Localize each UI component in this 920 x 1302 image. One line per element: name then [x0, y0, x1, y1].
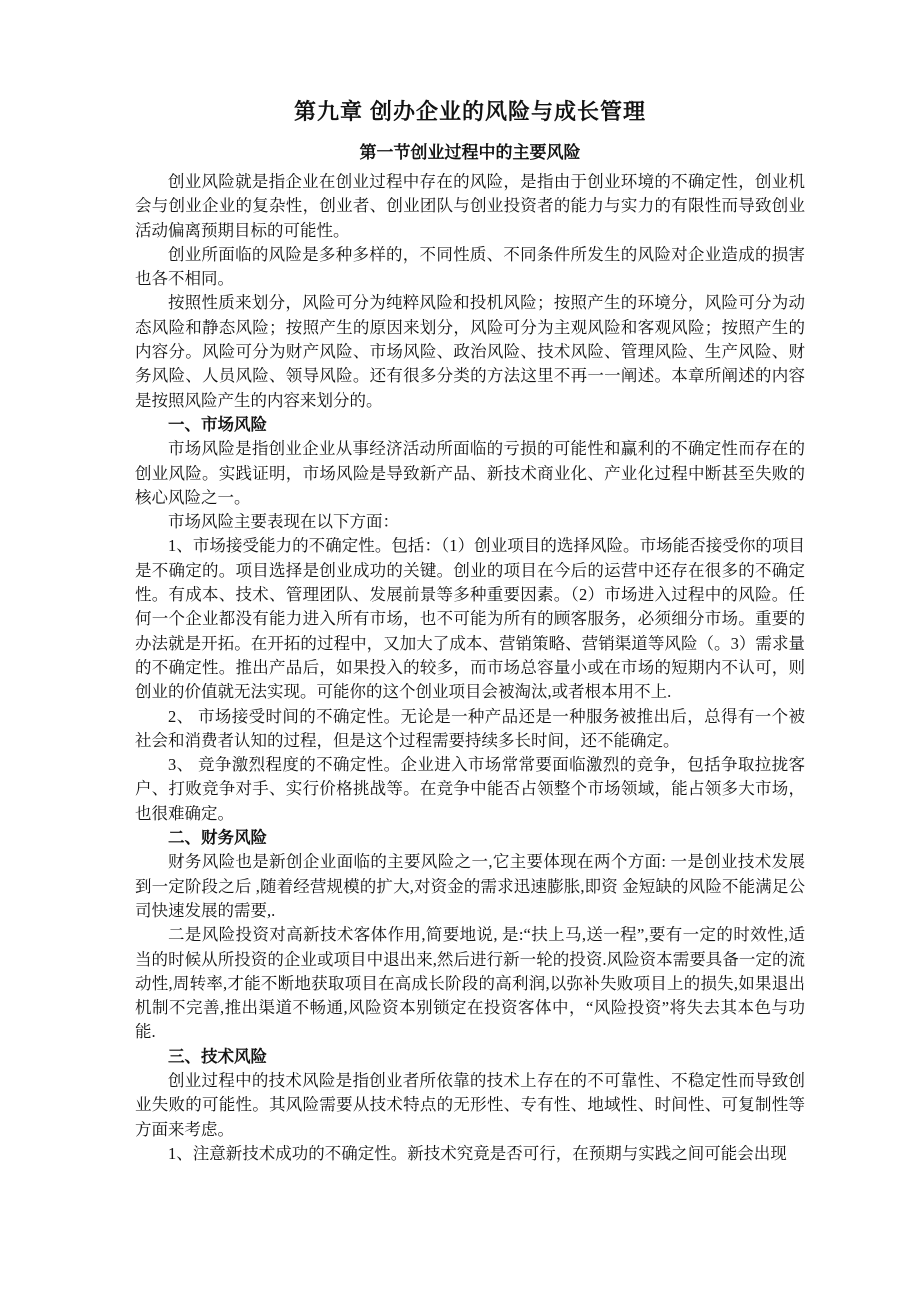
paragraph: 财务风险也是新创企业面临的主要风险之一,它主要体现在两个方面: 一是创业技术发展…	[135, 850, 805, 923]
list-item-1: 1、市场接受能力的不确定性。包括：（1）创业项目的选择风险。市场能否接受你的项目…	[135, 534, 805, 704]
paragraph: 创业风险就是指企业在创业过程中存在的风险，是指由于创业环境的不确定性，创业机会与…	[135, 170, 805, 243]
paragraph: 按照性质来划分，风险可分为纯粹风险和投机风险；按照产生的环境分，风险可分为动态风…	[135, 291, 805, 412]
list-item-3: 3、 竞争激烈程度的不确定性。企业进入市场常常要面临激烈的竞争，包括争取拉拢客户…	[135, 753, 805, 826]
document-content: 第九章 创办企业的风险与成长管理 第一节创业过程中的主要风险 创业风险就是指企业…	[0, 0, 920, 1166]
paragraph: 创业过程中的技术风险是指创业者所依靠的技术上存在的不可靠性、不稳定性而导致创业失…	[135, 1069, 805, 1142]
section-heading-market-risk: 一、市场风险	[135, 413, 805, 437]
section-title: 第一节创业过程中的主要风险	[135, 140, 805, 166]
paragraph: 创业所面临的风险是多种多样的，不同性质、不同条件所发生的风险对企业造成的损害也各…	[135, 243, 805, 292]
paragraph: 市场风险是指创业企业从事经济活动所面临的亏损的可能性和赢利的不确定性而存在的创业…	[135, 437, 805, 510]
section-heading-technical-risk: 三、技术风险	[135, 1045, 805, 1069]
document-page: 第九章 创办企业的风险与成长管理 第一节创业过程中的主要风险 创业风险就是指企业…	[0, 0, 920, 1302]
list-item-1-tech: 1、注意新技术成功的不确定性。新技术究竟是否可行，在预期与实践之间可能会出现	[135, 1142, 805, 1166]
paragraph: 二是风险投资对高新技术客体作用,简要地说, 是:“扶上马,送一程”,要有一定的时…	[135, 923, 805, 1044]
list-item-2: 2、 市场接受时间的不确定性。无论是一种产品还是一种服务被推出后，总得有一个被社…	[135, 705, 805, 754]
section-heading-financial-risk: 二、财务风险	[135, 826, 805, 850]
paragraph: 市场风险主要表现在以下方面：	[135, 510, 805, 534]
chapter-title: 第九章 创办企业的风险与成长管理	[135, 96, 805, 128]
